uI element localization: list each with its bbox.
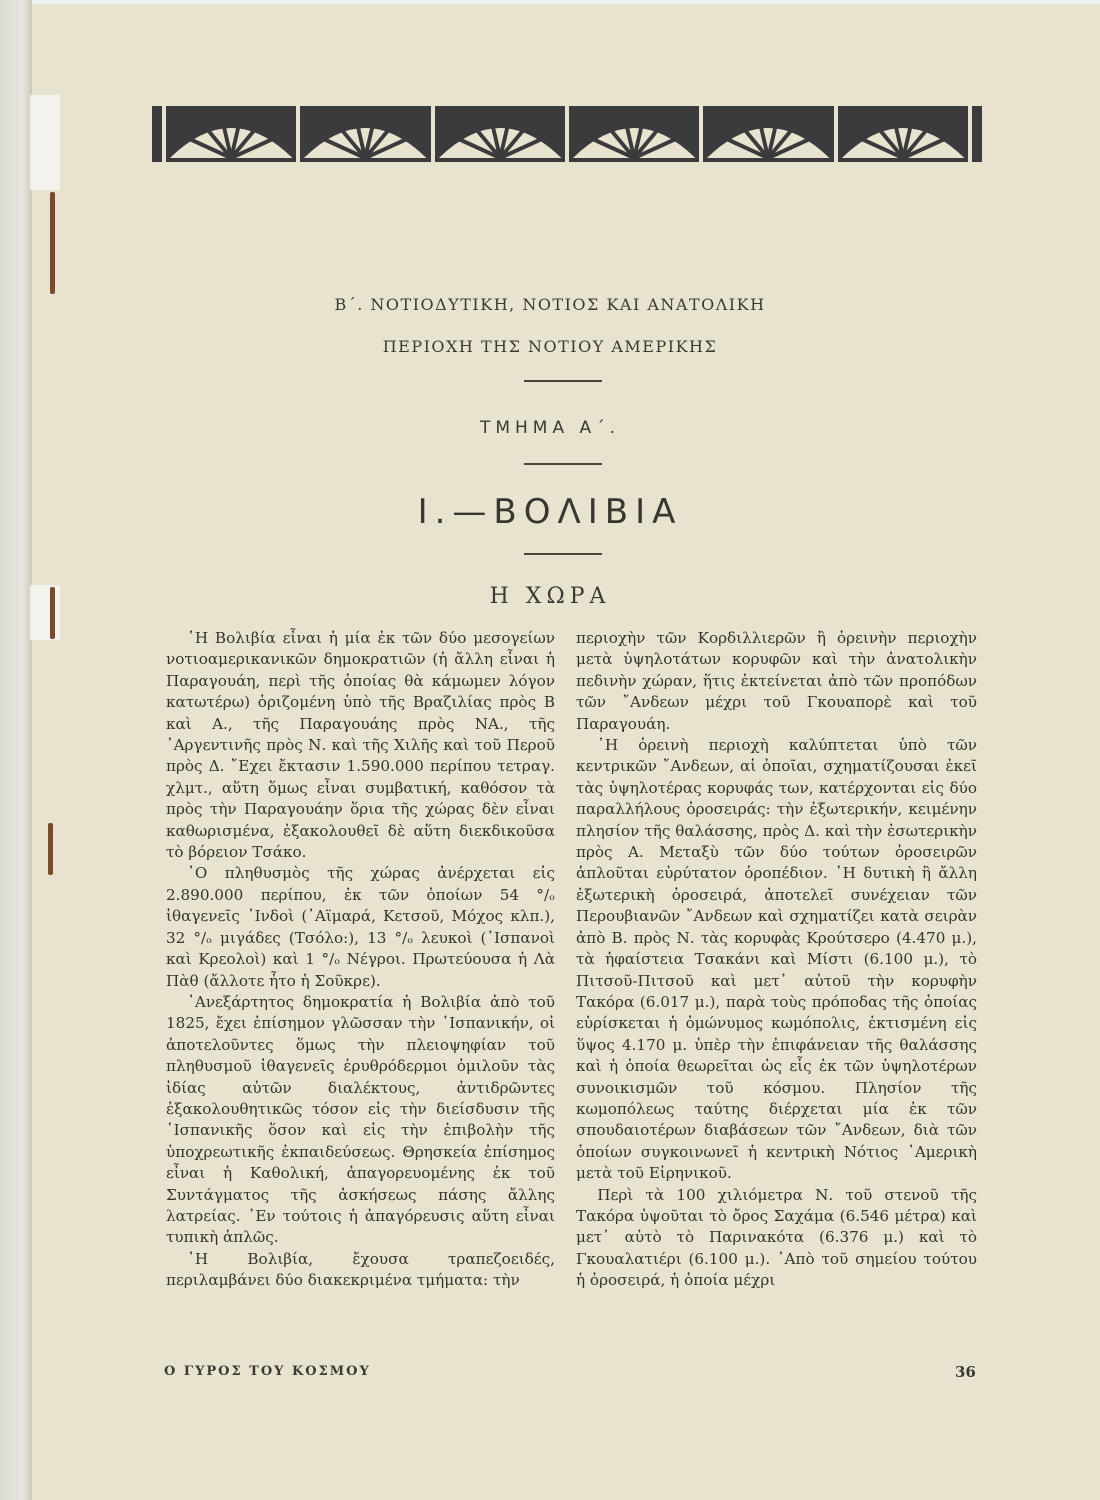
series-heading-line2: ΠΕΡΙΟΧΗ ΤΗΣ ΝΟΤΙΟΥ ΑΜΕΡΙΚΗΣ [0,337,1100,356]
text-column-left: ῾Η Βολιβία εἶναι ἡ μία ἐκ τῶν δύο μεσογε… [166,628,555,1292]
paragraph: Περὶ τὰ 100 χιλιόμετρα Ν. τοῦ στενοῦ τῆς… [576,1185,977,1292]
paragraph: περιοχὴν τῶν Κορδιλλιερῶν ἢ ὀρεινὴν περι… [576,628,977,735]
text-column-right: περιοχὴν τῶν Κορδιλλιερῶν ἢ ὀρεινὴν περι… [576,628,977,1292]
frieze-tile-fan-icon [435,106,565,162]
paragraph: ῾Η Βολιβία εἶναι ἡ μία ἐκ τῶν δύο μεσογε… [166,628,555,863]
frieze-end-cap [152,106,162,162]
paragraph: ῾Η ὀρεινὴ περιοχὴ καλύπτεται ὑπὸ τῶν κεν… [576,735,977,1185]
tape-mark-top [30,95,60,190]
divider-rule [524,463,602,465]
chapter-title: I.—ΒΟΛΙΒΙΑ [0,492,1100,532]
paragraph: ῾Η Βολιβία, ἔχουσα τραπεζοειδές, περιλαμ… [166,1249,555,1292]
section-label: ΤΜΗΜΑ Α΄. [0,418,1100,438]
subheading: Η ΧΩΡΑ [0,584,1100,609]
divider-rule [524,380,602,382]
frieze-tile-fan-icon [166,106,296,162]
divider-rule [524,553,602,555]
paragraph: ᾿Ανεξάρτητος δημοκρατία ἡ Βολιβία ἀπὸ το… [166,992,555,1249]
running-footer-title: Ο ΓΥΡΟΣ ΤΟΥ ΚΟΣΜΟΥ [164,1364,371,1379]
staple-top-icon [50,192,55,294]
paragraph: ῾Ο πληθυσμὸς τῆς χώρας ἀνέρχεται εἰς 2.8… [166,863,555,991]
frieze-tile-fan-icon [838,106,968,162]
decorative-header-frieze [152,106,982,162]
frieze-tile-fan-icon [569,106,699,162]
frieze-tile-fan-icon [703,106,833,162]
facing-page-edge [0,0,33,1500]
frieze-end-cap [972,106,982,162]
frieze-tile-fan-icon [300,106,430,162]
staple-bottom-icon [48,823,53,875]
page-number: 36 [955,1363,976,1381]
series-heading-line1: Β΄. ΝΟΤΙΟΔΥΤΙΚΗ, ΝΟΤΙΟΣ ΚΑΙ ΑΝΑΤΟΛΙΚΗ [0,295,1100,314]
